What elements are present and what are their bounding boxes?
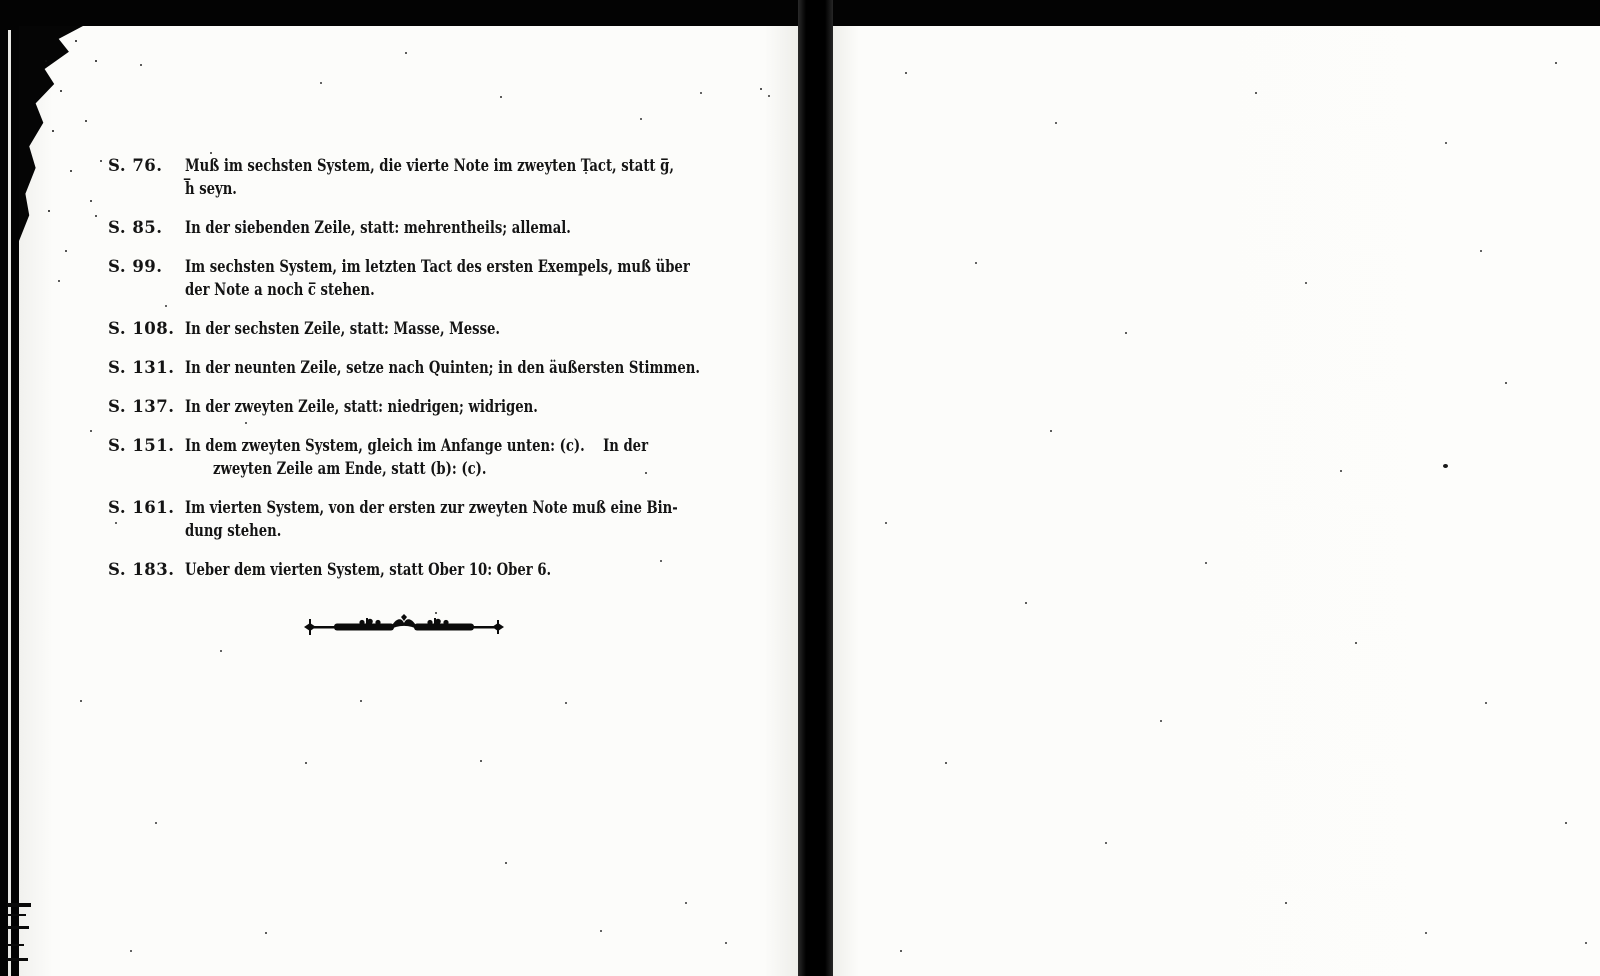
entry-text: Ueber dem vierten System, statt Ober 10:… xyxy=(185,558,768,581)
entry-line: Ueber dem vierten System, statt Ober 10:… xyxy=(185,558,651,581)
entry-page-ref: S. 76. xyxy=(108,154,185,200)
entry-text: Im sechsten System, im letzten Tact des … xyxy=(185,255,768,301)
entry-page-ref: S. 131. xyxy=(108,356,185,379)
errata-entry: S. 85. In der siebenden Zeile, statt: me… xyxy=(108,216,768,239)
scan-noise-specks xyxy=(0,0,2,2)
errata-entry: S. 108. In der sechsten Zeile, statt: Ma… xyxy=(108,317,768,340)
errata-entry: S. 183. Ueber dem vierten System, statt … xyxy=(108,558,768,581)
scan-ink-dot xyxy=(1443,464,1448,468)
entry-line: In der zweyten Zeile, statt: niedrigen; … xyxy=(185,395,651,418)
entry-line: zweyten Zeile am Ende, statt (b): (c). xyxy=(213,457,657,480)
errata-entry: S. 161. Im vierten System, von der erste… xyxy=(108,496,768,542)
entry-text: In der zweyten Zeile, statt: niedrigen; … xyxy=(185,395,768,418)
entry-line: Im sechsten System, im letzten Tact des … xyxy=(185,255,651,278)
entry-line: Muß im sechsten System, die vierte Note … xyxy=(185,154,651,177)
entry-text: In der neunten Zeile, setze nach Quinten… xyxy=(185,356,768,379)
scan-edge-streak xyxy=(7,914,26,916)
errata-entry: S. 137. In der zweyten Zeile, statt: nie… xyxy=(108,395,768,418)
errata-entry: S. 131. In der neunten Zeile, setze nach… xyxy=(108,356,768,379)
entry-page-ref: S. 99. xyxy=(108,255,185,301)
right-page-blank xyxy=(833,26,1600,976)
entry-line: In dem zweyten System, gleich im Anfange… xyxy=(185,434,651,457)
scan-edge-streak xyxy=(7,958,28,961)
entry-text: In der sechsten Zeile, statt: Masse, Mes… xyxy=(185,317,768,340)
fleuron-divider-icon xyxy=(304,614,504,638)
scan-edge-streak xyxy=(7,944,24,946)
entry-line: In der sechsten Zeile, statt: Masse, Mes… xyxy=(185,317,651,340)
entry-text: Muß im sechsten System, die vierte Note … xyxy=(185,154,768,200)
entry-line: In der neunten Zeile, setze nach Quinten… xyxy=(185,356,651,379)
scan-edge-streak xyxy=(7,903,31,907)
errata-list: S. 76. Muß im sechsten System, die viert… xyxy=(108,154,768,638)
entry-line: dung stehen. xyxy=(185,519,651,542)
errata-entry: S. 76. Muß im sechsten System, die viert… xyxy=(108,154,768,200)
entry-line: Im vierten System, von der ersten zur zw… xyxy=(185,496,651,519)
entry-text: In dem zweyten System, gleich im Anfange… xyxy=(185,434,768,480)
scan-edge-streak xyxy=(7,926,29,929)
entry-text: In der siebenden Zeile, statt: mehrenthe… xyxy=(185,216,768,239)
entry-line: der Note a noch c̅ stehen. xyxy=(185,278,651,301)
errata-entry: S. 151. In dem zweyten System, gleich im… xyxy=(108,434,768,480)
entry-page-ref: S. 85. xyxy=(108,216,185,239)
entry-text: Im vierten System, von der ersten zur zw… xyxy=(185,496,768,542)
errata-entry: S. 99. Im sechsten System, im letzten Ta… xyxy=(108,255,768,301)
entry-page-ref: S. 108. xyxy=(108,317,185,340)
entry-page-ref: S. 151. xyxy=(108,434,185,480)
book-gutter xyxy=(798,0,833,976)
entry-line: In der siebenden Zeile, statt: mehrenthe… xyxy=(185,216,651,239)
entry-page-ref: S. 137. xyxy=(108,395,185,418)
book-edge-sliver xyxy=(8,30,11,976)
entry-page-ref: S. 161. xyxy=(108,496,185,542)
entry-line: h̅ seyn. xyxy=(185,177,651,200)
entry-page-ref: S. 183. xyxy=(108,558,185,581)
